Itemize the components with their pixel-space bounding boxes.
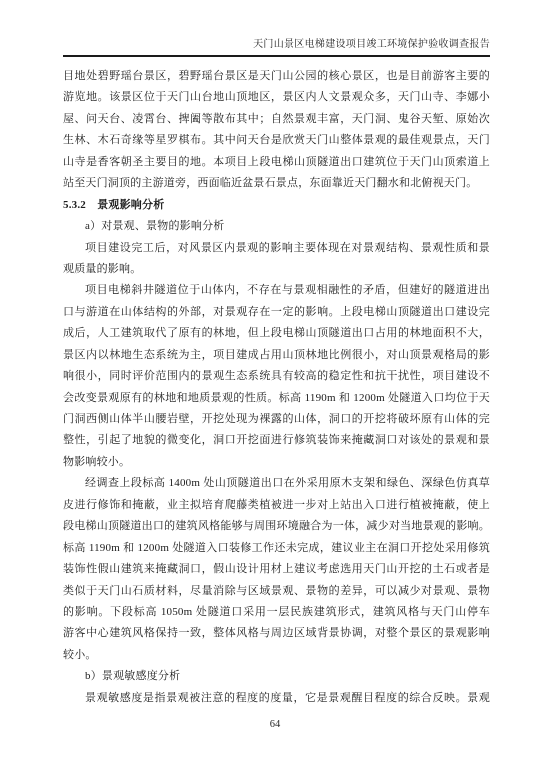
text-line: 景观敏感度是指景观被注意的程度的度量，它是景观醒目程度的综合反映。景观 xyxy=(63,688,490,709)
text-line: 景区内以林地生态系统为主，项目建成占用山顶林地比例很小，对山顶景观格局的影 xyxy=(63,345,490,366)
text-line: 项目建设完工后，对风景区内景观的影响主要体现在对景观结构、景观性质和景 xyxy=(63,238,490,259)
document-page: 天门山景区电梯建设项目竣工环境保护验收调查报告 目地处碧野瑶台景区，碧野瑶台景区… xyxy=(0,0,550,778)
text-line: 游览地。该景区位于天门山台地山顶地区，景区内人文景观众多，天门山寺、李娜小 xyxy=(63,87,490,108)
text-line: 目地处碧野瑶台景区，碧野瑶台景区是天门山公园的核心景区，也是目前游客主要的 xyxy=(63,66,490,87)
text-line: 游客中心建筑风格保持一致，整体风格与周边区域背景协调，对整个景区的景观影响 xyxy=(63,623,490,644)
subsection-heading-a: a）对景观、景物的影响分析 xyxy=(63,216,490,237)
text-line: 屋、问天台、凌霄台、捭阖等散布其中；自然景观丰富，天门洞、鬼谷天堑、原始次 xyxy=(63,109,490,130)
text-line: 较小。 xyxy=(63,645,490,666)
text-line: 物影响较小。 xyxy=(63,452,490,473)
text-line: 经调查上段标高 1400m 处山顶隧道出口在外采用原木支架和绿色、深绿色仿真草 xyxy=(63,473,490,494)
text-line: 整性，引起了地貌的微变化，洞口开挖面进行修筑装饰来掩藏洞口对该处的景观和景 xyxy=(63,430,490,451)
text-line: 响很小，同时评价范围内的景观生态系统具有较高的稳定性和抗干扰性，项目建设不 xyxy=(63,366,490,387)
page-number: 64 xyxy=(270,719,281,730)
section-heading: 5.3.2 景观影响分析 xyxy=(63,195,490,216)
text-line: 成后，人工建筑取代了原有的林地，但上段电梯山顶隧道出口占用的林地面积不大， xyxy=(63,323,490,344)
text-line: 口与游道在山体结构的外部，对景观存在一定的影响。上段电梯山顶隧道出口建设完 xyxy=(63,302,490,323)
text-line: 生林、木石奇缘等星罗棋布。其中问天台是欣赏天门山整体景观的最佳观景点，天门 xyxy=(63,130,490,151)
text-line: 类似于天门山石质材料，尽量消除与区域景观、景物的差异，可以减少对景观、景物 xyxy=(63,581,490,602)
text-line: 会改变景观原有的林地和地质景观的性质。标高 1190m 和 1200m 处隧道入… xyxy=(63,388,490,409)
document-body: 目地处碧野瑶台景区，碧野瑶台景区是天门山公园的核心景区，也是目前游客主要的 游览… xyxy=(63,66,490,709)
text-line: 门洞西侧山体半山腰岩壁，开挖处现为裸露的山体，洞口的开挖将破坏原有山体的完 xyxy=(63,409,490,430)
text-line: 皮进行修饰和掩蔽，业主拟培育爬藤类植被进一步对上站出入口进行植被掩蔽，使上 xyxy=(63,495,490,516)
page-header: 天门山景区电梯建设项目竣工环境保护验收调查报告 xyxy=(63,39,490,57)
text-line: 项目电梯斜井隧道位于山体内，不存在与景观相融性的矛盾，但建好的隧道进出 xyxy=(63,280,490,301)
text-line: 站至天门洞顶的主游道旁，西面临近盆景石景点，东面靠近天门翻水和北俯视天门。 xyxy=(63,173,490,194)
header-title: 天门山景区电梯建设项目竣工环境保护验收调查报告 xyxy=(253,39,490,50)
text-line: 标高 1190m 和 1200m 处隧道入口装修工作还未完成，建议业主在洞口开挖… xyxy=(63,538,490,559)
text-line: 段电梯山顶隧道出口的建筑风格能够与周围环境融合为一体，减少对当地景观的影响。 xyxy=(63,516,490,537)
text-line: 的影响。下段标高 1050m 处隧道口采用一层民族建筑形式，建筑风格与天门山停车… xyxy=(63,602,490,623)
subsection-heading-b: b）景观敏感度分析 xyxy=(63,666,490,687)
page-footer: 64 xyxy=(0,718,550,732)
text-line: 山寺是香客朝圣主要目的地。本项目上段电梯山顶隧道出口建筑位于天门山顶索道上 xyxy=(63,152,490,173)
text-line: 装饰性假山建筑来掩藏洞口，假山设计用材上建议考虑选用天门山开挖的土石或者是 xyxy=(63,559,490,580)
text-line: 观质量的影响。 xyxy=(63,259,490,280)
